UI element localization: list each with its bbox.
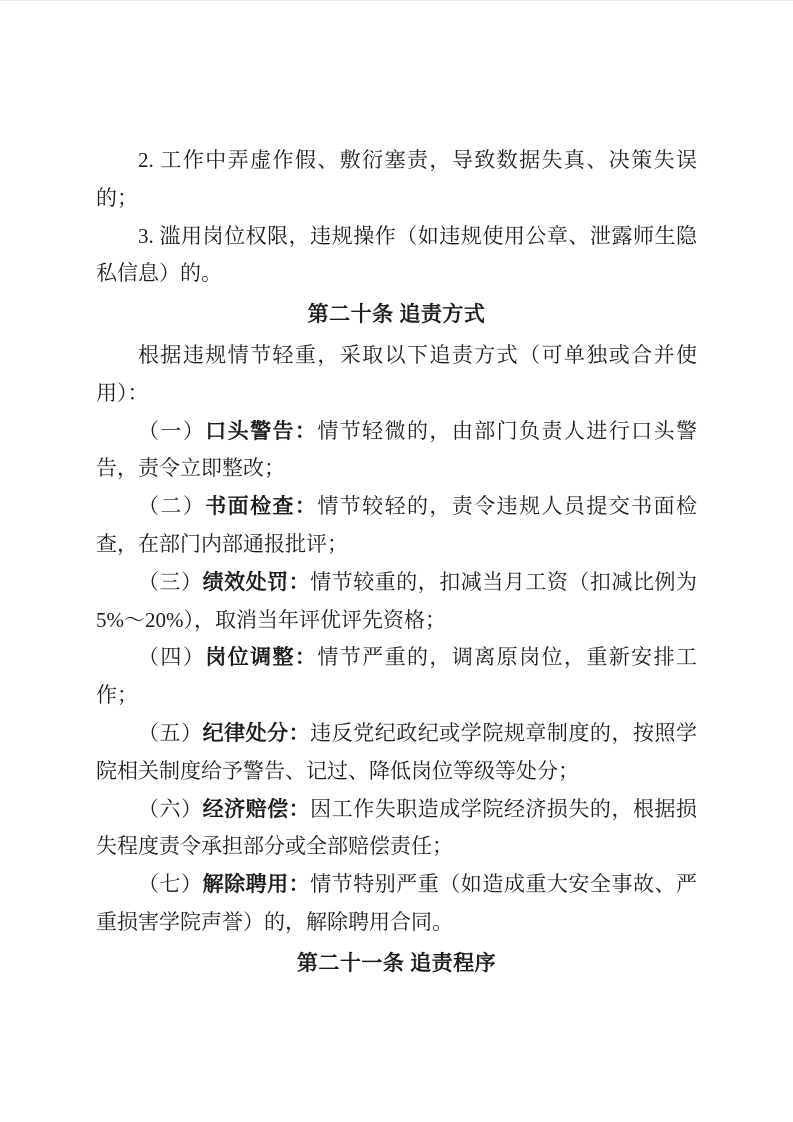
item-number: （四） xyxy=(138,645,205,669)
item-number: （五） xyxy=(138,721,203,745)
item-4-post-adjustment: （四）岗位调整：情节严重的，调离原岗位，重新安排工作； xyxy=(96,639,697,715)
item-label: 经济赔偿： xyxy=(203,797,311,821)
item-number: （三） xyxy=(138,570,203,594)
item-1-oral-warning: （一）口头警告：情节轻微的，由部门负责人进行口头警告，责令立即整改； xyxy=(96,413,697,489)
item-number: （二） xyxy=(138,494,205,518)
item-number: （七） xyxy=(138,872,203,896)
item-label: 绩效处罚： xyxy=(203,570,311,594)
item-6-economic-compensation: （六）经济赔偿：因工作失职造成学院经济损失的，根据损失程度责令承担部分或全部赔偿… xyxy=(96,791,697,867)
document-page: 2. 工作中弄虚作假、敷衍塞责，导致数据失真、决策失误的； 3. 滥用岗位权限，… xyxy=(0,0,793,1122)
item-2-written-review: （二）书面检查：情节较轻的，责令违规人员提交书面检查，在部门内部通报批评； xyxy=(96,488,697,564)
clause-3: 3. 滥用岗位权限，违规操作（如违规使用公章、泄露师生隐私信息）的。 xyxy=(96,218,697,294)
item-label: 岗位调整： xyxy=(205,645,317,669)
item-label: 解除聘用： xyxy=(203,872,311,896)
item-3-performance-penalty: （三）绩效处罚：情节较重的，扣减当月工资（扣减比例为 5%～20%），取消当年评… xyxy=(96,564,697,640)
article-20-heading: 第二十条 追责方式 xyxy=(96,296,697,334)
article-20-intro: 根据违规情节轻重，采取以下追责方式（可单独或合并使用）： xyxy=(96,337,697,413)
item-number: （六） xyxy=(138,797,203,821)
clause-2: 2. 工作中弄虚作假、敷衍塞责，导致数据失真、决策失误的； xyxy=(96,142,697,218)
article-21-heading: 第二十一条 追责程序 xyxy=(96,945,697,983)
item-label: 口头警告： xyxy=(205,419,317,443)
item-label: 纪律处分： xyxy=(203,721,311,745)
item-number: （一） xyxy=(138,419,205,443)
item-7-employment-termination: （七）解除聘用：情节特别严重（如造成重大安全事故、严重损害学院声誉）的，解除聘用… xyxy=(96,866,697,942)
item-5-disciplinary-action: （五）纪律处分：违反党纪政纪或学院规章制度的，按照学院相关制度给予警告、记过、降… xyxy=(96,715,697,791)
item-label: 书面检查： xyxy=(205,494,317,518)
